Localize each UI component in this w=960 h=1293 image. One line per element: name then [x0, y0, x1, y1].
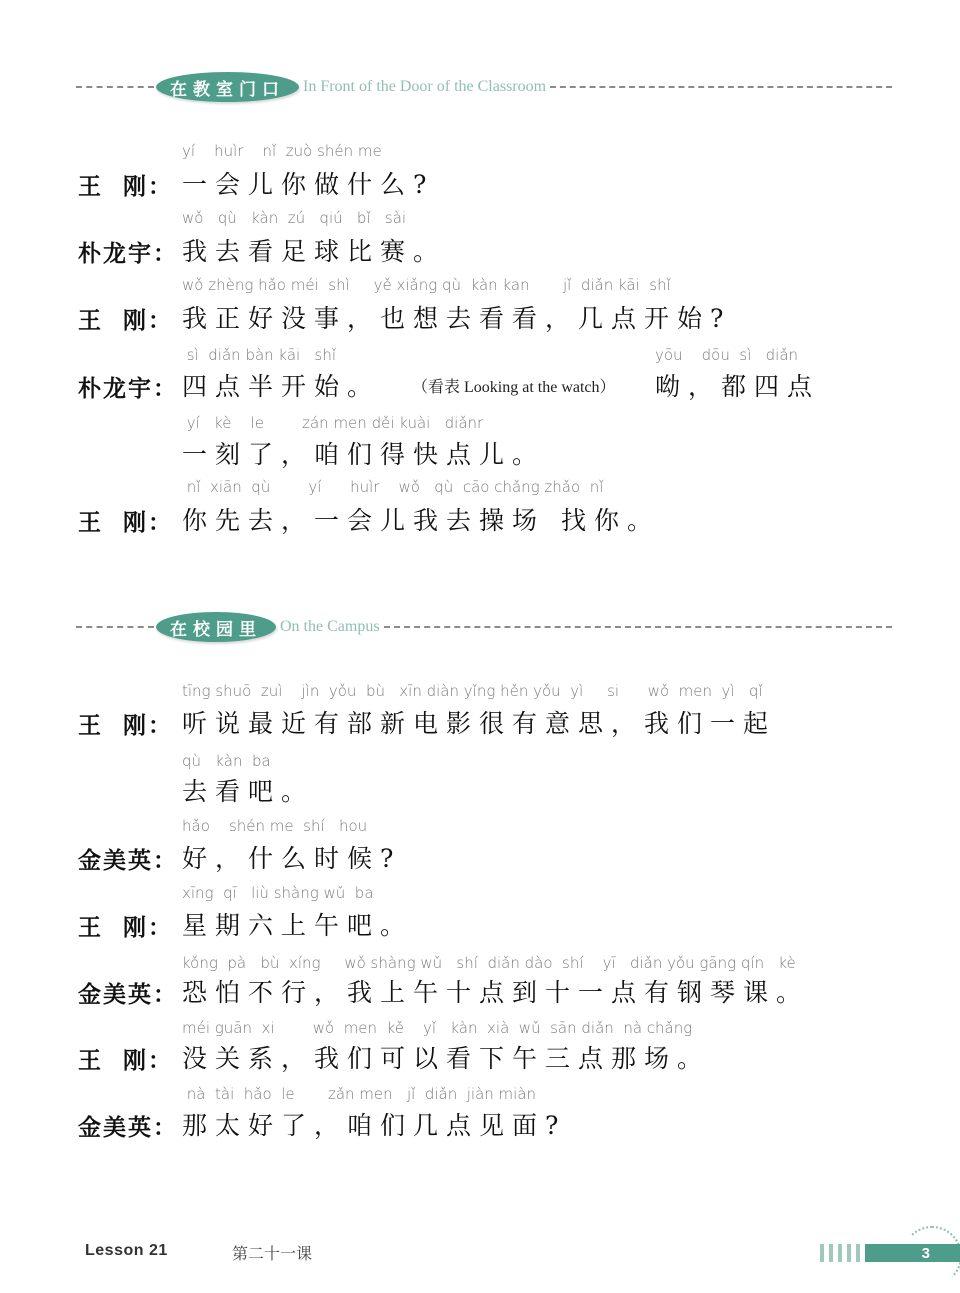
speaker: 王 刚：: [78, 302, 173, 335]
hanzi: 四点半开始。: [182, 367, 380, 403]
dashed-rule: [76, 626, 154, 628]
hanzi: 恐怕不行，我上午十点到十一点有钢琴课。: [182, 973, 809, 1009]
hanzi: 那太好了，咱们几点见面?: [182, 1106, 566, 1142]
pinyin: tīng shuō zuì jìn yǒu bù xīn diàn yǐng h…: [182, 682, 763, 700]
pinyin-tail: yōu dōu sì diǎn: [655, 346, 798, 364]
section-header-campus: 在校园里 On the Campus: [76, 609, 892, 645]
section-header-classroom: 在教室门口 In Front of the Door of the Classr…: [76, 69, 892, 105]
pinyin: hǎo shén me shí hou: [182, 817, 367, 835]
stripe-decoration: [829, 1244, 833, 1262]
pinyin: nà tài hǎo le zǎn men jǐ diǎn jiàn miàn: [182, 1085, 536, 1103]
dashed-rule: [76, 86, 154, 88]
speaker: 王 刚：: [78, 707, 173, 740]
lesson-label-cn: 第二十一课: [232, 1241, 312, 1264]
pinyin: nǐ xiān qù yí huìr wǒ qù cāo chǎng zhǎo …: [182, 478, 603, 496]
speaker: 金美英：: [78, 976, 178, 1009]
speaker: 王 刚：: [78, 1042, 173, 1075]
stripe-decoration: [856, 1244, 860, 1262]
stripe-decoration: [838, 1244, 842, 1262]
stripe-decoration: [847, 1244, 851, 1262]
speaker: 朴龙宇：: [78, 235, 178, 268]
speaker: 王 刚：: [78, 168, 173, 201]
section-title-cn: 在教室门口: [156, 72, 299, 102]
pinyin: xīng qī liù shàng wǔ ba: [182, 884, 374, 902]
hanzi: 我去看足球比赛。: [182, 232, 446, 268]
hanzi: 我正好没事，也想去看看，几点开始?: [182, 299, 731, 335]
page-number: 3: [865, 1244, 960, 1262]
page-number-tab: 3: [820, 1244, 960, 1262]
hanzi: 听说最近有部新电影很有意思，我们一起: [182, 704, 776, 740]
hanzi: 一刻了，咱们得快点儿。: [182, 435, 545, 471]
hanzi: 你先去，一会儿我去操场 找你。: [182, 501, 660, 537]
hanzi: 星期六上午吧。: [182, 906, 413, 942]
pinyin: kǒng pà bù xíng wǒ shàng wǔ shí diǎn dào…: [182, 954, 796, 972]
section-title-en: In Front of the Door of the Classroom: [303, 78, 546, 96]
hanzi: 去看吧。: [182, 772, 314, 808]
speaker: 金美英：: [78, 1109, 178, 1142]
pinyin: wǒ qù kàn zú qiú bǐ sài: [182, 209, 406, 227]
pinyin: yí huìr nǐ zuò shén me: [182, 142, 382, 160]
pinyin: yí kè le zán men děi kuài diǎnr: [182, 414, 483, 432]
section-title-cn: 在校园里: [156, 612, 276, 642]
speaker: 王 刚：: [78, 909, 173, 942]
hanzi: 一会儿你做什么?: [182, 165, 434, 201]
stage-direction: （看表 Looking at the watch）: [412, 374, 616, 397]
pinyin: qù kàn ba: [182, 752, 271, 770]
pinyin: méi guān xi wǒ men kě yǐ kàn xià wǔ sān …: [182, 1019, 692, 1037]
stripe-decoration: [820, 1244, 824, 1262]
speaker: 王 刚：: [78, 504, 173, 537]
speaker: 金美英：: [78, 842, 178, 875]
dashed-rule: [384, 626, 892, 628]
section-title-en: On the Campus: [280, 618, 380, 636]
pinyin: sì diǎn bàn kāi shǐ: [182, 346, 336, 364]
hanzi: 好，什么时候?: [182, 839, 401, 875]
dashed-rule: [550, 86, 892, 88]
hanzi: 没关系，我们可以看下午三点那场。: [182, 1039, 710, 1075]
lesson-label: Lesson 21: [85, 1242, 168, 1260]
hanzi-tail: 呦，都四点: [655, 367, 820, 403]
pinyin: wǒ zhèng hǎo méi shì yě xiǎng qù kàn kan…: [182, 276, 671, 294]
speaker: 朴龙宇：: [78, 370, 178, 403]
